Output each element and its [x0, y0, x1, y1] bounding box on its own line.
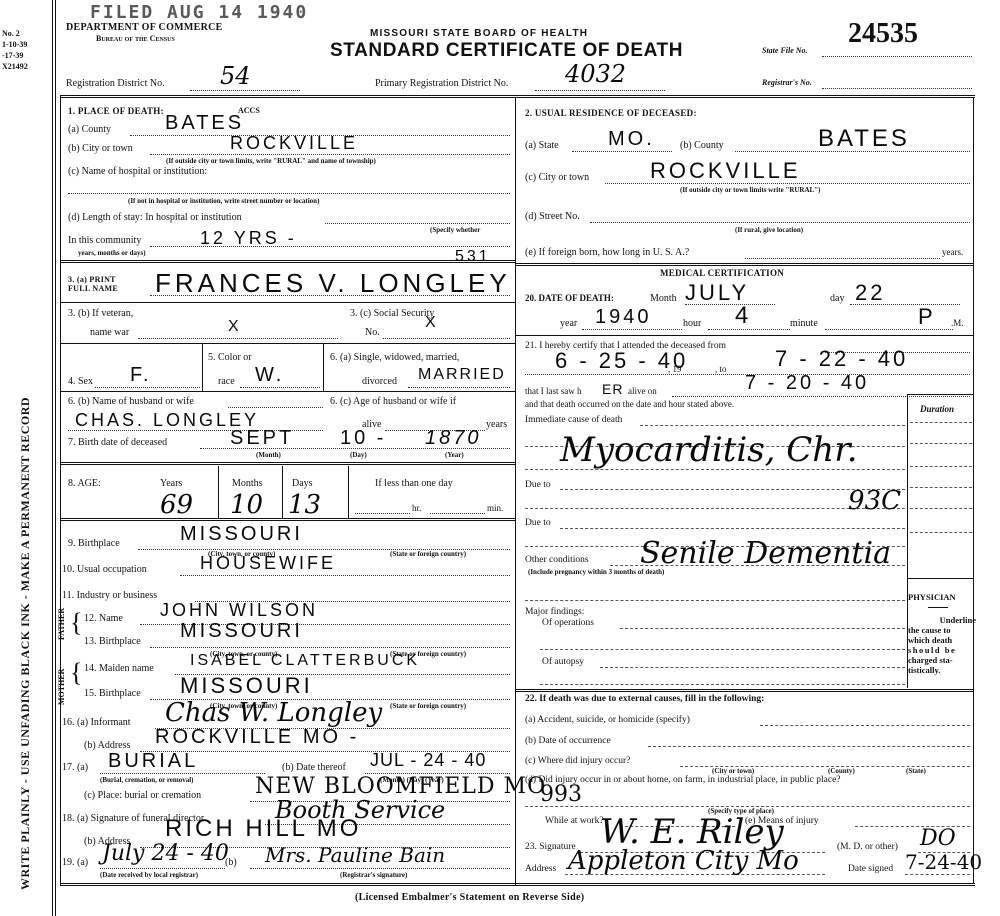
cell-divider — [323, 344, 324, 391]
age-minutes-field[interactable] — [430, 513, 485, 514]
race-value[interactable]: W. — [255, 364, 284, 387]
state-note: (State or foreign country) — [390, 550, 466, 558]
registrar-note: (Registrar's signature) — [340, 871, 407, 879]
nineteen-label: , 19 — [668, 364, 682, 374]
occupation-label: 10. Usual occupation — [62, 564, 147, 575]
age-label: 8. AGE: — [68, 478, 101, 489]
cell-divider — [348, 466, 349, 518]
social-security-value[interactable]: X — [425, 314, 439, 332]
frame-left — [60, 95, 61, 885]
form-number-line: 1-10-39 — [2, 39, 28, 50]
veteran-value[interactable]: X — [228, 318, 242, 336]
external-heading: 22. If death was due to external causes,… — [525, 694, 764, 704]
footer-note: (Licensed Embalmer's Statement on Revers… — [355, 892, 584, 903]
cell-divider — [202, 344, 203, 391]
registrars-number-label: Registrar's No. — [762, 78, 812, 87]
registration-district-label: Registration District No. — [66, 78, 165, 89]
place-of-death-heading: 1. PLACE OF DEATH: — [68, 106, 164, 116]
community-label: In this community — [68, 235, 141, 246]
duration-field[interactable] — [910, 508, 972, 509]
residence-county-label: (b) County — [680, 140, 724, 151]
month-label: Month — [650, 293, 677, 304]
disposition-value[interactable]: BURIAL — [108, 750, 198, 773]
occurrence-date-label: (b) Date of occurrence — [525, 736, 611, 746]
birth-day-value[interactable]: 10 - — [340, 427, 386, 450]
hour-label: hour — [683, 318, 701, 329]
mother-label: MOTHER — [57, 669, 66, 705]
cell-divider — [282, 466, 283, 518]
major-line — [525, 600, 905, 601]
foreign-born-field[interactable] — [745, 258, 940, 259]
residence-city-label: (c) City or town — [525, 172, 589, 183]
death-city-value[interactable]: ROCKVILLE — [230, 133, 358, 154]
vertical-instruction: WRITE PLAINLY - USE UNFADING BLACK INK -… — [18, 130, 38, 890]
while-at-work-label: While at work? — [545, 816, 604, 826]
director-address-value[interactable]: RICH HILL MO — [165, 815, 361, 843]
age-years-label: Years — [160, 478, 182, 489]
color-label: 5. Color or — [208, 352, 252, 363]
age-days-value[interactable]: 13 — [288, 490, 321, 520]
occupation-line — [180, 575, 510, 576]
less-than-day-label: If less than one day — [375, 478, 453, 489]
department-name: DEPARTMENT OF COMMERCE — [66, 22, 223, 33]
duration-field[interactable] — [910, 466, 972, 467]
alive-on-label: alive on — [628, 386, 657, 396]
form-number-line: No. 2 — [2, 28, 28, 39]
address-label: Address — [525, 864, 556, 874]
death-hour-value[interactable]: 4 — [735, 302, 751, 330]
due-to-label: Due to — [525, 480, 551, 490]
race-label: race — [218, 376, 235, 387]
street-note: (If rural, give location) — [735, 226, 803, 234]
column-divider — [515, 98, 516, 885]
mother-birthplace-value[interactable]: MISSOURI — [180, 673, 313, 699]
operations-label: Of operations — [542, 618, 594, 628]
death-county-value[interactable]: BATES — [165, 112, 244, 135]
marital-value[interactable]: MARRIED — [418, 366, 506, 384]
county-note: (County) — [828, 767, 855, 775]
age-months-value[interactable]: 10 — [230, 490, 263, 520]
external-code: 993 — [540, 782, 582, 807]
age-hours-field[interactable] — [355, 513, 410, 514]
min-label: min. — [487, 503, 503, 513]
disposition-date-value[interactable]: JUL - 24 - 40 — [370, 750, 486, 771]
father-brace: { — [70, 610, 82, 636]
birth-year-value[interactable]: 1870 — [425, 427, 482, 450]
section-divider — [60, 518, 515, 521]
sex-value[interactable]: F. — [130, 364, 152, 387]
residence-state-line — [572, 151, 672, 152]
specify-whether-note: (Specify whether — [430, 226, 480, 234]
name-war-label: name war — [90, 327, 129, 338]
sex-label: 4. Sex — [68, 376, 93, 387]
death-day-value[interactable]: 22 — [855, 280, 885, 306]
last-saw-date-value[interactable]: 7 - 20 - 40 — [745, 372, 869, 395]
section-divider — [515, 689, 973, 692]
father-birthplace-label: 13. Birthplace — [84, 636, 141, 647]
state-file-line — [822, 56, 972, 57]
immediate-cause-value[interactable]: Myocarditis, Chr. — [560, 430, 858, 470]
occurred-label: and that death occurred on the date and … — [525, 399, 734, 409]
registration-district-value[interactable]: 54 — [220, 62, 251, 90]
operations-field[interactable] — [620, 628, 905, 629]
operations-field-2[interactable] — [540, 649, 905, 650]
marital-line — [408, 387, 510, 388]
section-divider — [515, 263, 973, 266]
residence-county-value[interactable]: BATES — [818, 125, 910, 153]
occurrence-date-field[interactable] — [648, 746, 970, 747]
years-suffix: years — [486, 419, 507, 430]
mother-maiden-label: 14. Maiden name — [84, 663, 154, 674]
registrar-line — [250, 868, 510, 869]
hospital-stay-field[interactable] — [325, 223, 510, 224]
row-divider — [60, 343, 515, 344]
birthplace-label: 9. Birthplace — [68, 538, 120, 549]
residence-state-value[interactable]: MO. — [608, 128, 655, 151]
occupation-value[interactable]: HOUSEWIFE — [200, 553, 336, 574]
registrar-signature[interactable]: Mrs. Pauline Bain — [265, 843, 445, 867]
registrars-number-field[interactable] — [822, 88, 972, 89]
industry-label: 11. Industry or business — [62, 590, 157, 601]
father-birthplace-line — [150, 647, 510, 648]
city-town-note: (City or town) — [712, 767, 754, 775]
age-months-label: Months — [232, 478, 263, 489]
day-note: (Day) — [350, 451, 367, 459]
state-file-number: 24535 — [848, 18, 918, 50]
hospital-label: (c) Name of hospital or institution: — [68, 166, 207, 177]
margin-rule — [55, 0, 56, 916]
state-file-label: State File No. — [762, 46, 808, 55]
divorced-label: divorced — [362, 376, 397, 387]
physician-rule — [928, 607, 948, 608]
birthplace-value[interactable]: MISSOURI — [180, 523, 303, 546]
registrar-label: (b) — [225, 857, 237, 868]
birth-month-value[interactable]: SEPT — [230, 427, 294, 450]
row-divider — [60, 302, 515, 303]
duration-label: Duration — [920, 404, 954, 414]
medical-heading: MEDICAL CERTIFICATION — [660, 268, 784, 278]
disposition-line — [100, 773, 265, 774]
age-days-label: Days — [292, 478, 313, 489]
disposition-note: (Burial, cremation, or removal) — [100, 776, 194, 784]
date-of-death-label: 20. DATE OF DEATH: — [525, 293, 614, 303]
spouse-label: 6. (b) Name of husband or wife — [68, 396, 194, 407]
mother-maiden-value[interactable]: ISABEL CLATTERBUCK — [190, 652, 420, 670]
race-line — [240, 387, 320, 388]
state-note: (State) — [906, 767, 926, 775]
residence-heading: 2. USUAL RESIDENCE OF DECEASED: — [525, 108, 697, 118]
form-number-line: -17-39 — [2, 50, 28, 61]
ampm-suffix: .M. — [951, 318, 964, 328]
month-note: (Month) — [256, 451, 281, 459]
date-signed-label: Date signed — [848, 864, 893, 874]
attended-to-value[interactable]: 7 - 22 - 40 — [775, 346, 908, 372]
birth-date-label: 7. Birth date of deceased — [68, 437, 167, 448]
duration-top — [907, 394, 973, 395]
disposition-date-label: (b) Date thereof — [282, 762, 346, 773]
filed-date-line — [100, 868, 225, 869]
row-divider — [60, 391, 515, 392]
father-name-value[interactable]: JOHN WILSON — [160, 600, 318, 621]
community-value[interactable]: 12 YRS - — [200, 228, 297, 249]
father-birthplace-value[interactable]: MISSOURI — [180, 620, 303, 643]
community-note: years, months or days) — [78, 249, 146, 257]
autopsy-label: Of autopsy — [542, 657, 584, 667]
immediate-cause-label: Immediate cause of death — [525, 415, 622, 425]
last-saw-line — [672, 396, 970, 397]
duration-field[interactable] — [910, 443, 972, 444]
hospital-note: (If not in hospital or institution, writ… — [128, 197, 319, 205]
ampm-value[interactable]: P — [918, 304, 936, 330]
date-signed-line — [905, 874, 970, 875]
accident-label: (a) Accident, suicide, or homicide (spec… — [525, 715, 690, 725]
date-signed-value[interactable]: 7-24-40 — [905, 850, 982, 874]
full-name-label: 3. (a) PRINT FULL NAME — [68, 275, 118, 293]
full-name-value[interactable]: FRANCES V. LONGLEY — [155, 268, 511, 299]
frame-right — [973, 98, 974, 883]
mother-brace: { — [70, 660, 82, 686]
sex-line — [95, 387, 200, 388]
father-label: FATHER — [57, 608, 66, 640]
frame-top — [60, 95, 975, 98]
foreign-born-label: (e) If foreign born, how long in U. S. A… — [525, 247, 689, 258]
registration-district-line[interactable] — [190, 90, 300, 91]
filed-date-value[interactable]: July 24 - 40 — [102, 841, 229, 866]
primary-registration-line[interactable] — [535, 90, 665, 91]
death-city-line — [150, 154, 510, 155]
margin-rule — [52, 0, 53, 916]
last-saw-label: that I last saw h — [525, 386, 582, 396]
hospital-field[interactable] — [68, 193, 510, 194]
autopsy-field[interactable] — [600, 667, 905, 668]
due-to-label: Due to — [525, 518, 551, 528]
last-saw-pronoun[interactable]: ER — [602, 381, 623, 397]
other-conditions-value[interactable]: Senile Dementia — [640, 536, 891, 571]
md-value[interactable]: DO — [920, 826, 956, 851]
informant-label: 16. (a) Informant — [62, 717, 131, 728]
autopsy-field-2[interactable] — [540, 684, 905, 685]
year-line — [582, 329, 682, 330]
informant-address-value[interactable]: ROCKVILLE MO - — [155, 726, 359, 749]
death-county-label: (a) County — [68, 124, 111, 135]
filed-stamp: FILED AUG 14 1940 — [90, 2, 308, 23]
day-label: day — [830, 293, 844, 304]
residence-state-label: (a) State — [525, 140, 559, 151]
due-to-field[interactable] — [560, 528, 905, 529]
street-field[interactable] — [590, 222, 970, 223]
filed-date-label: 19. (a) — [62, 857, 88, 868]
injury-where-label: (c) Where did injury occur? — [525, 756, 630, 766]
state-note: (State or foreign country) — [390, 702, 466, 710]
year-note: (Year) — [445, 451, 464, 459]
street-label: (d) Street No. — [525, 211, 580, 222]
immediate-line — [640, 425, 905, 426]
veteran-label: 3. (b) If veteran, — [68, 308, 133, 319]
form-number-line: X21492 — [2, 61, 28, 72]
hr-label: hr. — [412, 503, 421, 513]
to-label: , to — [715, 364, 727, 374]
frame-bottom — [60, 883, 975, 886]
death-year-value[interactable]: 1940 — [595, 306, 652, 329]
md-label: (M. D. or other) — [837, 842, 898, 852]
duration-field[interactable] — [910, 532, 972, 533]
form-number-block: No. 2 1-10-39 -17-39 X21492 — [2, 28, 28, 72]
bureau-name: Bureau of the Census — [96, 34, 175, 43]
filed-date-note: (Date received by local registrar) — [100, 871, 198, 879]
father-name-label: 12. Name — [84, 613, 123, 624]
physician-address[interactable]: Appleton City Mo — [568, 846, 799, 876]
minute-label: minute — [790, 318, 818, 329]
spouse-label-line — [228, 407, 323, 408]
burial-place-label: (c) Place: burial or cremation — [84, 790, 201, 801]
duration-field[interactable] — [910, 487, 972, 488]
years-suffix: years. — [942, 247, 963, 257]
social-security-label: 3. (c) Social Security — [350, 308, 434, 319]
death-city-label: (b) City or town — [68, 143, 133, 154]
major-findings-label: Major findings: — [525, 607, 584, 617]
board-name: MISSOURI STATE BOARD OF HEALTH — [370, 28, 588, 39]
length-of-stay-label: (d) Length of stay: In hospital or insti… — [68, 212, 242, 223]
physician-label: PHYSICIAN — [908, 592, 976, 602]
duration-field[interactable] — [910, 422, 972, 423]
year-label: year — [560, 318, 577, 329]
section-divider — [60, 462, 515, 465]
cell-divider — [218, 466, 219, 518]
informant-value[interactable]: Chas W. Longley — [165, 698, 382, 728]
disposition-label: 17. (a) — [62, 762, 88, 773]
primary-registration-value[interactable]: 4032 — [565, 60, 626, 88]
duration-bottom — [907, 578, 973, 579]
residence-city-value[interactable]: ROCKVILLE — [650, 158, 801, 184]
other-conditions-label: Other conditions — [525, 555, 589, 565]
age-years-value[interactable]: 69 — [160, 490, 193, 520]
marital-label: 6. (a) Single, widowed, married, — [330, 352, 459, 363]
residence-city-note: (If outside city or town limits write "R… — [680, 186, 820, 194]
name-war-line — [138, 338, 338, 339]
row-divider — [515, 335, 973, 336]
page-title: STANDARD CERTIFICATE OF DEATH — [330, 40, 683, 62]
margin-note: 531 — [455, 248, 491, 266]
accident-field[interactable] — [760, 725, 970, 726]
death-city-note: (If outside city or town limits, write "… — [166, 157, 376, 165]
code-note: 93C — [848, 486, 901, 516]
social-security-line — [383, 338, 510, 339]
mother-birthplace-label: 15. Birthplace — [84, 688, 141, 699]
primary-registration-label: Primary Registration District No. — [375, 78, 508, 89]
physician-note: PHYSICIAN Underline the cause to which d… — [908, 592, 976, 675]
social-security-no-label: No. — [365, 327, 380, 338]
section-divider — [60, 260, 515, 263]
spouse-age-label: 6. (c) Age of husband or wife if — [330, 396, 456, 407]
